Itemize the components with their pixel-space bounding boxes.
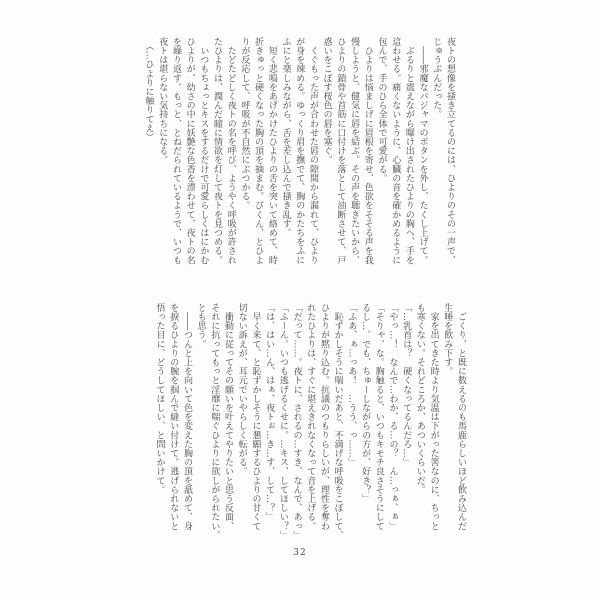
text-line: ぶるりと震えながら曝け出されたひよりの胸へ、手を [401,37,415,277]
book-page: 夜トの想像を掻き立てるのには、ひよりのその一声で、じゅうぶんだった。 ――邪魔な… [0,0,600,600]
text-line: 「ふあ、ぁ…っあ！ …うう、っ……」 [344,303,358,543]
text-line: が身を竦める。ゆっくり眉を撫でて、胸のかたちをふに [292,37,306,277]
text-line: ――邪魔なパジャマのボタンを外し、たくし上げて。 [415,37,429,277]
text-line: ――つんと上を向いて色を変えた胸の頂を舐めて、身 [179,303,193,543]
text-line: 「そりゃ、な。胸触ると、いつもキモチ良さそうにして [371,303,385,543]
paragraph-bottom: ごくり、と既に数えるのも馬鹿らしいほど飲み込んだ生唾を飲み下す。 家を出てきた時… [152,303,467,543]
text-line: 惑いをこぼす桜色の唇を塞ぐ。 [319,37,333,277]
text-line: 這わせる。痛くないように、心臓の音を確かめるように [387,37,401,277]
text-line: ひよりの鎖骨や首筋に口付けを落として油断させて、戸 [333,37,347,277]
text-line: を捩るひよりの腕を掴んで縫い付けて。逃げられないと [166,303,180,543]
text-line: 折きゅっと硬くなった胸の頂を摘まむ。びくん、とひよ [250,37,264,277]
page-number: 32 [0,548,600,558]
text-line: いつもちょっとキスをするだけで可愛らしくはにかむ [196,37,210,277]
text-line: 慢しようと、健気に唇を結ぶ。その声を聴きたいから、 [346,37,360,277]
text-line: 早く来て、と恥ずかしそうに懇願するひよりの甘くて [248,303,262,543]
text-line: じゅうぶんだった。 [429,37,443,277]
text-line: 包んで、手のひら全体で可愛がる。 [374,37,388,277]
text-line: 夜トは堪らない気持ちになる。 [155,37,169,277]
text-line: も寒くない。それどころか、あついくらいだ。 [412,303,426,543]
text-line: それに抗ってもっと淫靡に喘ぐひよりに欲しがられたい、 [207,303,221,543]
text-line: るし…。でも、ちゅーしながらの方が、好き？」 [357,303,371,543]
text-line: くぐもった声が合わせた唇の隙間から漏れて、ひより [305,37,319,277]
text-line: を繰り返す。もっと、とねだられているようで、いつも [168,37,182,277]
text-line: ひよりが、幼さの中に妖艶な色香を漂わせて、夜トの名 [182,37,196,277]
text-line: 「は、はい…ん、はぁ、夜トぉ…き…す、して…？」 [261,303,275,543]
text-line: 短く悲鳴をあげかけたひよりの舌を突いて絡めて、時 [264,37,278,277]
text-line: 恥ずかしそうに喘いだあと、不満げな呼吸をこぼして、 [330,303,344,543]
text-line: ひよりが黙り込む。抗議のつもりらしいが、理性を奪わ [316,303,330,543]
text-line: たどたどしく夜トの名を呼び、ようやく呼吸が許され [223,37,237,277]
text-line: 悟った目に、どうしてほしい、と問いかけて。 [152,303,166,543]
text-line: 「ふーん。いつも逃げるくせに。…キス、してほしい？」 [275,303,289,543]
text-line: 切ない訴えが、耳元でいやらしく転がる。 [234,303,248,543]
text-line: 生唾を飲み下す。 [440,303,454,543]
text-line: 夜トの想像を掻き立てるのには、ひよりのその一声で、 [442,37,456,277]
text-line: 「…乳首は？ 硬くなってるんだろ…」 [398,303,412,543]
text-line: りが反応して、呼吸が不自然にぶつかる。 [237,37,251,277]
text-line: ひよりは悩ましげに眉根を寄せ、色欲をそそる声を我 [360,37,374,277]
text-line: 「だって……。夜トに、されるの…すき、なんで、あっ」 [289,303,303,543]
text-line: とも思う。 [193,303,207,543]
text-line: （…ひよりに触りてえ） [141,37,155,277]
text-line: 家を出てきた時より気温は下がった筈なのに、ちっと [426,303,440,543]
text-line: れたひよりは、すぐに堪えきれなくなって音を上げる。 [303,303,317,543]
text-line: ごくり、と既に数えるのも馬鹿らしいほど飲み込んだ [453,303,467,543]
paragraph-top: 夜トの想像を掻き立てるのには、ひよりのその一声で、じゅうぶんだった。 ――邪魔な… [141,37,456,277]
text-line: ふにと楽しみながら、舌を差し込んで掻き乱す。 [278,37,292,277]
text-line: 衝動に従ってその願いを叶えてやりたいと思う反面、 [220,303,234,543]
text-line: たひよりは、潤んだ瞳に情欲を灯して夜トを見つめる。 [209,37,223,277]
text-line: 「やっ…！ なんで…わか、る…の？ ん…っぁ、ぁ」 [385,303,399,543]
